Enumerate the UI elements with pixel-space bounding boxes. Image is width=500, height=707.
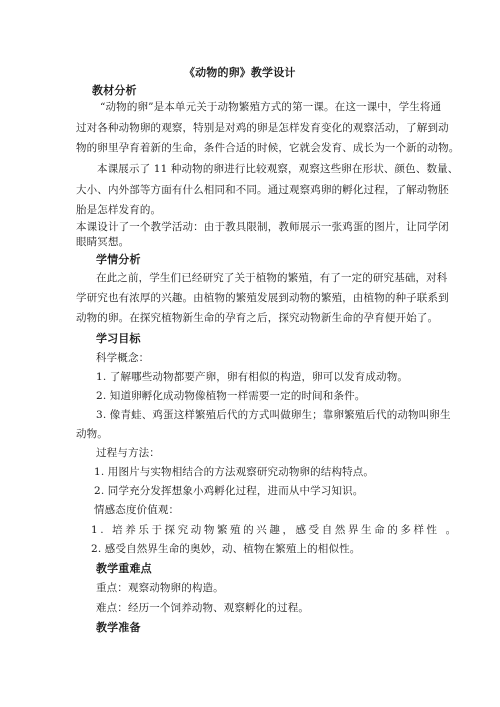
list-item: 3. 像青蛙、鸡蛋这样繁殖后代的方式叫做卵生；靠卵繁殖后代的动物叫卵生 bbox=[96, 409, 451, 422]
paragraph-line: 物的卵里孕育着新的生命，条件合适的时候，它就会发育、成长为一个新的动物。 bbox=[76, 142, 459, 155]
list-item: 1. 了解哪些动物都要产卵，卵有相似的构造，卵可以发育成动物。 bbox=[96, 371, 408, 384]
paragraph-line: 本课展示了 11 种动物的卵进行比较观察，观察这些卵在形状、颜色、数量、 bbox=[97, 163, 458, 176]
paragraph-line: 胎是怎样发育的。 bbox=[76, 204, 161, 217]
subheading-attitude: 情感态度价值观： bbox=[94, 504, 179, 517]
list-item: 2. 同学充分发挥想象小鸡孵化过程，进而从中学习知识。 bbox=[94, 485, 363, 498]
section-heading-students: 学情分析 bbox=[96, 253, 141, 266]
subheading-process: 过程与方法： bbox=[96, 447, 160, 460]
section-heading-preparation: 教学准备 bbox=[96, 621, 141, 634]
paragraph-line: 学研究也有浓厚的兴趣。由植物的繁殖发展到动物的繁殖，由植物的种子联系到 bbox=[76, 292, 449, 305]
list-item: 1. 培养乐于探究动物繁殖的兴趣，感受自然界生命的多样性 。 bbox=[91, 524, 459, 537]
paragraph-line: 动物的卵。在探究植物新生命的孕育之后，探究动物新生命的孕育便开始了。 bbox=[76, 312, 438, 325]
paragraph-line: 过对各种动物卵的观察，特别是对鸡的卵是怎样发育变化的观察活动，了解到动 bbox=[76, 122, 449, 135]
paragraph-line: “动物的卵”是本单元关于动物繁殖方式的第一课。在这一课中，学生将通 bbox=[100, 101, 441, 114]
document-title: 《动物的卵》教学设计 bbox=[184, 66, 296, 79]
paragraph-line: 大小、内外部等方面有什么相同和不同。通过观察鸡卵的孵化过程，了解动物胚 bbox=[76, 184, 449, 197]
section-heading-materials: 教材分析 bbox=[92, 84, 137, 97]
paragraph-line: 眼睛冥想。 bbox=[76, 236, 129, 249]
section-heading-objectives: 学习目标 bbox=[96, 332, 141, 345]
list-item: 2. 知道卵孵化成动物像植物一样需要一定的时间和条件。 bbox=[96, 390, 365, 403]
paragraph-line: 本课设计了一个教学活动：由于教具限制，教师展示一张鸡蛋的图片，让同学闭 bbox=[76, 221, 449, 234]
list-item: 2. 感受自然界生命的奥妙，动、植物在繁殖上的相似性。 bbox=[91, 543, 360, 556]
subheading-science: 科学概念： bbox=[96, 352, 149, 365]
paragraph-line: 在此之前，学生们已经研究了关于植物的繁殖，有了一定的研究基础，对科 bbox=[96, 272, 447, 285]
paragraph-line: 难点：经历一个饲养动物、观察孵化的过程。 bbox=[96, 602, 309, 615]
list-item: 动物。 bbox=[76, 428, 108, 441]
paragraph-line: 重点：观察动物卵的构造。 bbox=[96, 582, 224, 595]
list-item: 1. 用图片与实物相结合的方法观察研究动物卵的结构特点。 bbox=[94, 466, 374, 479]
section-heading-keypoints: 教学重难点 bbox=[96, 562, 152, 575]
